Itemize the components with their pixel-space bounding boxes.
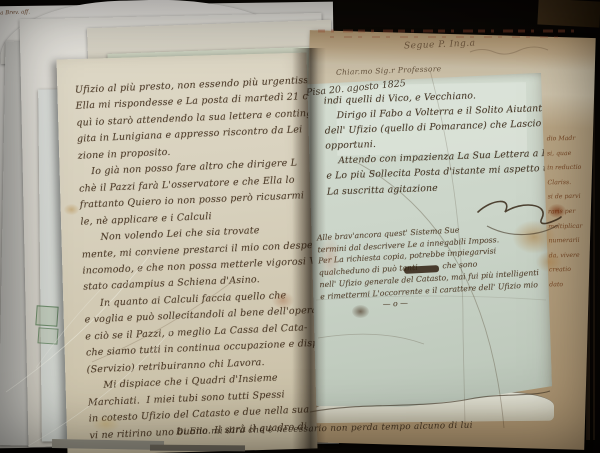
- strip-line: si de parvi: [548, 190, 592, 205]
- ink-stain: [320, 236, 340, 280]
- ink-stain: [92, 416, 120, 432]
- ink-stain: [536, 252, 562, 272]
- ink-stain: [512, 220, 556, 254]
- strip-line: si, quae: [547, 146, 591, 161]
- page-edge: [52, 439, 164, 450]
- ink-stain: [548, 204, 566, 218]
- ink-stain: [272, 292, 294, 309]
- ink-stain: [64, 204, 79, 215]
- right-page-body: indi quelli di Vico, e Vecchiano. Dirigo…: [323, 86, 557, 200]
- archival-stamp: [35, 305, 58, 326]
- left-page-body: Ufizio al più presto, non essendo più ur…: [75, 73, 318, 445]
- manuscript-photo: Segue P. Ing.a Chiar.mo Sig.r Professore…: [0, 0, 600, 453]
- archival-stamp: [37, 327, 58, 344]
- page-edge: [150, 445, 245, 452]
- ink-stain: [352, 305, 369, 318]
- page-corner-fragment: [537, 0, 600, 28]
- strip-line: in reductio: [547, 161, 591, 176]
- strip-line: Clariss.: [547, 175, 591, 190]
- strip-line: dio Madr: [547, 132, 591, 147]
- left-page: Ufizio al più presto, non essendo più ur…: [57, 53, 318, 453]
- strip-line: dato: [549, 278, 593, 293]
